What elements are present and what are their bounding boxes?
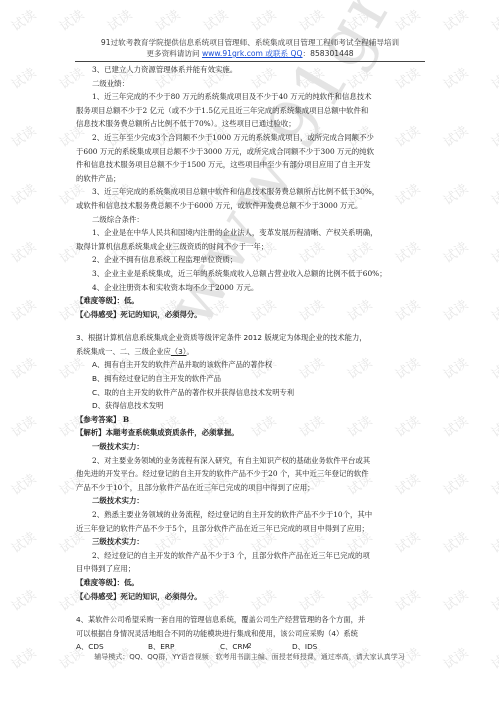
answer-blank: （3） [171,347,187,356]
qq-link[interactable]: 或联系 QQ [263,49,303,58]
subheading: 三级技术实力： [76,535,426,549]
text-line: 信息技术服务费总额所占比例不低于70%）。这些项目已通过验收； [76,117,426,131]
text-line: 服务项目总额不少于2 亿元（或不少于1.5亿元且近三年完成的系统集成项目总额中软… [76,104,426,118]
text-line: 2、对主要业务领域的业务流程有深入研究，有自主知识产权的基础业务软件平台或其 [76,454,426,468]
text-line: 3、企业主业是系统集成，近三年的系统集成收入总额占营业收入总额的比例不低于60%… [76,267,426,281]
text-line: 或软件和信息技术服务费总额不少于6000 万元，或软件开发费总额不少于3000 … [76,199,426,213]
text-line: 1、企业是在中华人民共和国境内注册的企业法人，变革发展历程清晰、产权关系明确， [76,226,426,240]
subheading: 二级技术实力： [76,494,426,508]
option-a: A、拥有自主开发的软件产品并取的该软件产品的著作权 [76,358,426,372]
text-line: 近三年登记的软件产品不少于5个，且部分软件产品在近三年已完成的项目中得到了应用； [76,522,426,536]
subheading: 一级技术实力： [76,440,426,454]
text-line: 2、经过登记的自主开发的软件产品不少于3 个，且部分软件产品在近三年已完成的项 [76,549,426,563]
page-header: 91过软考教育学院提供信息系统项目管理师、系统集成项目管理工程师考试全程辅导培训… [75,37,425,59]
site-link[interactable]: www.91grk.com [202,49,263,58]
header-divider [75,61,425,62]
reference-answer: 【参考答案】 B [76,413,426,427]
question-4-stem: 4、某软件公司希望采购一套自用的管理信息系统，覆盖公司生产经营管理的各个方面，并 [76,613,426,627]
text-line: 3、已建立人力资源管理体系并能有效实施。 [76,63,426,77]
text-line: 件和信息技术服务项目总额不少于1500 万元，这些项目中至少有部分项目应用了自主… [76,158,426,172]
question-3-stem: 3、根据计算机信息系统集成企业资质等级评定条件 2012 版规定为体现企业的技术… [76,331,426,345]
page-number: 2 [0,642,499,650]
text-line: 2、熟悉主要业务领域的业务流程，经过登记的自主开发的软件产品不少于10个，其中 [76,508,426,522]
document-body: 3、已建立人力资源管理体系并能有效实施。 二级业绩： 1、近三年完成的不少于80… [76,63,426,654]
text-line: 目中得到了应用； [76,562,426,576]
text-line: 他先进的开发平台。经过登记的自主开发的软件产品不少于20 个，其中近三年登记的软… [76,467,426,481]
text-line: 产品不少于10个，且部分软件产品在近三年已完成的项目中得到了应用； [76,481,426,495]
option-d: D、获得信息技术发明 [76,399,426,413]
text-line: 1、近三年完成的不少于80 万元的系统集成项目及不少于40 万元的纯软件和信息技… [76,90,426,104]
page-footer: 辅导模式：QQ、QQ群，YY语音视频 软考用书副主编、面授老师授课，通过率高，请… [0,652,499,662]
text-line: 于600 万元的系统集成项目总额不少于3000 万元，或所完成合同额不少于300… [76,145,426,159]
feeling-label: 【心得感受】死记的知识，必须得分。 [76,308,426,322]
document-page: 91过软考教育学院提供信息系统项目管理师、系统集成项目管理工程师考试全程辅导培训… [0,0,499,706]
subheading: 二级业绩： [76,77,426,91]
difficulty-label: 【难度等级】：低。 [76,576,426,590]
header-line-1: 91过软考教育学院提供信息系统项目管理师、系统集成项目管理工程师考试全程辅导培训 [75,37,425,48]
difficulty-label: 【难度等级】：低。 [76,294,426,308]
text-line: 2、企业不拥有信息系统工程监理单位资质； [76,253,426,267]
text-line: 4、企业注册资本和实收资本均不少于2000 万元。 [76,281,426,295]
option-c: C、取的自主开发的软件产品的著作权并获得信息技术发明专利 [76,386,426,400]
text-line: 的软件产品； [76,172,426,186]
option-b: B、拥有经过登记的自主开发的软件产品 [76,372,426,386]
text-line: 取得计算机信息系统集成企业三级资质的时间不少于一年； [76,240,426,254]
feeling-label: 【心得感受】死记的知识，必须得分。 [76,590,426,604]
question-3-stem-cont: 系统集成一、二、三级企业应（3）。 [76,345,426,359]
text-line: 3、近三年完成的系统集成项目总额中软件和信息技术服务费总额所占比例不低于30%， [76,185,426,199]
header-line-2: 更多资料请访问 www.91grk.com 或联系 QQ：858301448 [75,48,425,59]
text-line: 2、近三年至少完成3个合同额不少于1000 万元的系统集成项目，或所完成合同额不… [76,131,426,145]
analysis: 【解析】本题考查系统集成资质条件，必须掌握。 [76,426,426,440]
subheading: 二级综合条件： [76,213,426,227]
question-4-stem-cont: 可以根据自身情况灵活地组合不同的功能模块进行集成和使用，该公司应采购（4）系统 [76,627,426,641]
